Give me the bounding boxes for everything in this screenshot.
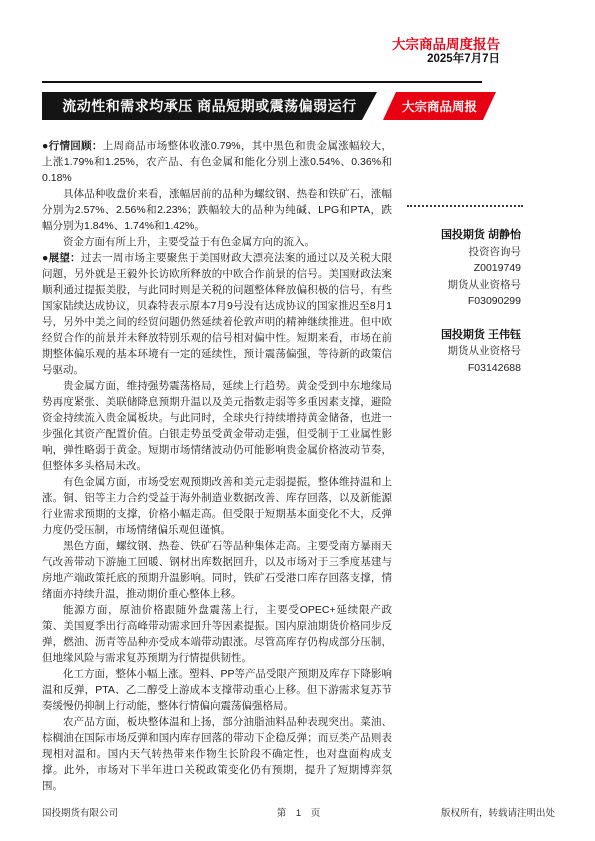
body-paragraph: ●行情回顾：上周商品市场整体收涨0.79%，其中黑色和贵金属涨幅较大，上涨1.7…: [42, 138, 392, 186]
paragraph-text: 化工方面，整体小幅上涨。塑料、PP等产品受限产预期及库存下降影响温和反弹，PTA…: [42, 668, 392, 712]
series-badge: 大宗商品周报: [383, 92, 496, 120]
report-title-banner: 流动性和需求均承压 商品短期或震荡偏弱运行: [42, 92, 377, 120]
body-paragraph: 黑色方面，螺纹钢、热卷、铁矿石等品种集体走高。主要受南方暴雨天气改善带动下游施工…: [42, 538, 392, 602]
analyst-cred-number: Z0019749: [407, 260, 521, 277]
footer-copyright: 版权所有，转载请注明出处: [441, 805, 555, 819]
analyst-name: 国投期货 胡静怡: [407, 227, 521, 244]
paragraph-text: 有色金属方面，市场受宏观预期改善和美元走弱提振，整体维持温和上涨。铜、铝等主力合…: [42, 476, 392, 536]
paragraph-text: 贵金属方面，维持强势震荡格局，延续上行趋势。黄金受到中东地缘局势再度紧张、美联储…: [42, 380, 392, 472]
report-title: 流动性和需求均承压 商品短期或震荡偏弱运行: [62, 96, 356, 116]
footer-page-number: 第 1 页: [277, 805, 321, 819]
report-date: 2025年7月7日: [392, 52, 500, 66]
body-paragraph: 化工方面，整体小幅上涨。塑料、PP等产品受限产预期及库存下降影响温和反弹，PTA…: [42, 666, 392, 714]
body-paragraph: 农产品方面，板块整体温和上扬，部分油脂油料品种表现突出。菜油、棕榈油在国际市场反…: [42, 714, 392, 794]
body-paragraph: 资金方面有所上升，主要受益于有色金属方向的流入。: [42, 234, 392, 250]
analyst-name: 国投期货 王伟钰: [407, 327, 521, 344]
paragraph-lead: ●展望：: [42, 252, 81, 264]
analyst-cred-label: 期货从业资格号: [407, 343, 521, 360]
analyst-block: 国投期货 王伟钰 期货从业资格号 F03142688: [407, 327, 523, 377]
sidebar-divider: [407, 205, 523, 207]
paragraph-lead: ●行情回顾：: [42, 140, 103, 152]
header-meta: 大宗商品周度报告 2025年7月7日: [392, 37, 500, 66]
report-type-label: 大宗商品周度报告: [392, 37, 500, 52]
body-paragraph: 贵金属方面，维持强势震荡格局，延续上行趋势。黄金受到中东地缘局势再度紧张、美联储…: [42, 378, 392, 474]
body-paragraph: ●展望：过去一周市场主要聚焦于美国财政大漂亮法案的通过以及关税大限问题，另外就是…: [42, 250, 392, 378]
footer-company: 国投期货有限公司: [42, 805, 118, 819]
series-badge-label: 大宗商品周报: [402, 97, 477, 115]
analyst-cred-label: 期货从业资格号: [407, 277, 521, 294]
paragraph-text: 能源方面，原油价格跟随外盘震荡上行，主要受OPEC+延续限产政策、美国夏季出行高…: [42, 604, 392, 664]
paragraph-text: 黑色方面，螺纹钢、热卷、铁矿石等品种集体走高。主要受南方暴雨天气改善带动下游施工…: [42, 540, 392, 600]
page-footer: 国投期货有限公司 第 1 页 版权所有，转载请注明出处: [42, 805, 555, 817]
analyst-cred-label: 投资咨询号: [407, 244, 521, 261]
analyst-cred-number: F03090299: [407, 293, 521, 310]
paragraph-text: 资金方面有所上升，主要受益于有色金属方向的流入。: [63, 236, 315, 248]
banner-row: 流动性和需求均承压 商品短期或震荡偏弱运行 大宗商品周报: [42, 92, 496, 120]
analyst-sidebar: 国投期货 胡静怡 投资咨询号 Z0019749 期货从业资格号 F0309029…: [407, 205, 523, 376]
analyst-cred-number: F03142688: [407, 360, 521, 377]
paragraph-text: 农产品方面，板块整体温和上扬，部分油脂油料品种表现突出。菜油、棕榈油在国际市场反…: [42, 716, 392, 792]
body-paragraph: 具体品种收盘价来看，涨幅居前的品种为螺纹钢、热卷和铁矿石，涨幅分别为2.57%、…: [42, 186, 392, 234]
report-page: 大宗商品周度报告 2025年7月7日 流动性和需求均承压 商品短期或震荡偏弱运行…: [0, 0, 595, 841]
header-rule: [42, 81, 482, 83]
paragraph-text: 具体品种收盘价来看，涨幅居前的品种为螺纹钢、热卷和铁矿石，涨幅分别为2.57%、…: [42, 188, 392, 232]
paragraph-text: 过去一周市场主要聚焦于美国财政大漂亮法案的通过以及关税大限问题，另外就是王毅外长…: [42, 252, 392, 376]
report-body: ●行情回顾：上周商品市场整体收涨0.79%，其中黑色和贵金属涨幅较大，上涨1.7…: [42, 138, 392, 794]
analyst-block: 国投期货 胡静怡 投资咨询号 Z0019749 期货从业资格号 F0309029…: [407, 227, 523, 310]
body-paragraph: 能源方面，原油价格跟随外盘震荡上行，主要受OPEC+延续限产政策、美国夏季出行高…: [42, 602, 392, 666]
body-paragraph: 有色金属方面，市场受宏观预期改善和美元走弱提振，整体维持温和上涨。铜、铝等主力合…: [42, 474, 392, 538]
